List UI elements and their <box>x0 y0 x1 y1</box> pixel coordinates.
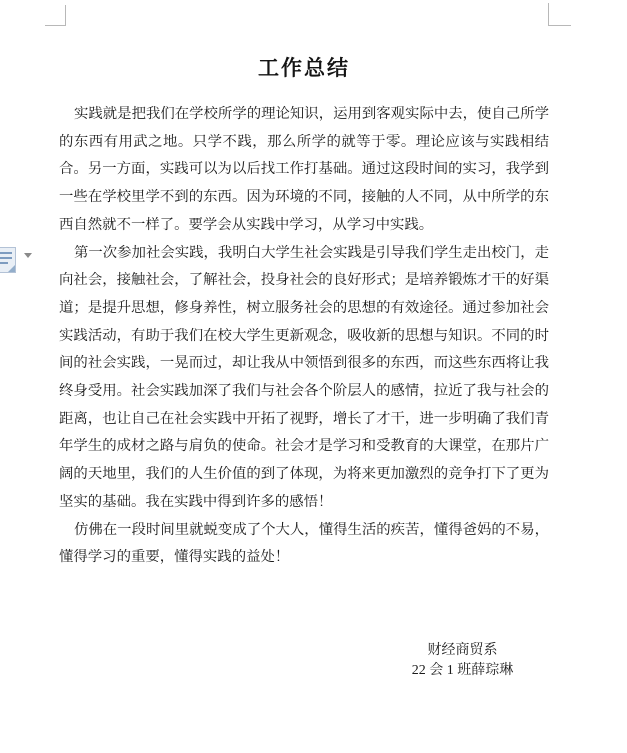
body-paragraph: 第一次参加社会实践，我明白大学生社会实践是引导我们学生走出校门，走向社会，接触社… <box>59 240 549 517</box>
icon-text-line <box>0 252 12 254</box>
crop-mark-top-right <box>548 3 571 26</box>
body-paragraph: 仿佛在一段时间里就蜕变成了个大人，懂得生活的疾苦，懂得爸妈的不易，懂得学习的重要… <box>59 517 549 572</box>
page-fold-corner <box>7 264 16 273</box>
chevron-down-icon[interactable] <box>24 253 32 258</box>
crop-mark-top-left <box>45 5 66 26</box>
floating-tool-button[interactable] <box>0 247 34 273</box>
document-page-icon[interactable] <box>0 247 16 273</box>
document-page: 工作总结 实践就是把我们在学校所学的理论知识，运用到客观实际中去，使自己所学的东… <box>0 0 627 753</box>
document-body: 实践就是把我们在学校所学的理论知识，运用到客观实际中去，使自己所学的东西有用武之… <box>59 101 549 572</box>
signature-block: 财经商贸系 22 会 1 班薛琮琳 <box>375 641 550 681</box>
document-title: 工作总结 <box>59 52 549 82</box>
signature-author: 22 会 1 班薛琮琳 <box>375 661 550 681</box>
body-paragraph: 实践就是把我们在学校所学的理论知识，运用到客观实际中去，使自己所学的东西有用武之… <box>59 101 549 240</box>
signature-department: 财经商贸系 <box>375 641 550 661</box>
icon-text-line <box>0 257 12 259</box>
